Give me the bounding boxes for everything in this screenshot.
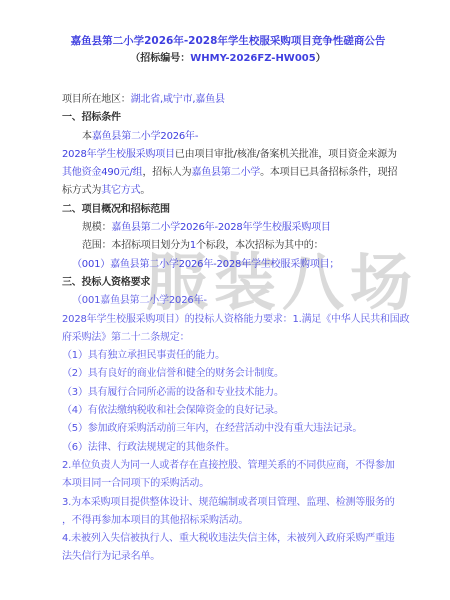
location-line: 项目所在地区：湖北省,咸宁市,嘉鱼县 (62, 91, 394, 109)
lot-line: （001）嘉鱼县第二小学2026年-2028年学生校服采购项目； (62, 256, 394, 274)
text-run: 嘉鱼县第二小学 (191, 167, 260, 178)
text-run: 已由项目审批/核准/备案机关批准，项目资金来源为 (175, 149, 397, 160)
text-run: 。 (140, 185, 150, 196)
requirement-item: （6）法律、行政法规规定的其他条件。 (62, 439, 394, 457)
text-run: WHMY-2026FZ-HW005 (190, 53, 315, 64)
para-line: 标方式为其它方式。 (62, 182, 394, 200)
para-line: 2028年学生校服采购项目）的投标人资格能力要求：1.满足《中华人民共和国政 (62, 311, 394, 329)
requirement-item: ，不得再参加本项目的其他招标采购活动。 (62, 512, 394, 530)
text-run: 其它方式 (101, 185, 140, 196)
requirement-item: （3）具有履行合同所必需的设备和专业技术能力。 (62, 384, 394, 402)
text-run: 府采购法》第二十二条规定： (62, 332, 189, 343)
text-run: （001嘉鱼县第二小学2026年- (72, 295, 207, 306)
requirement-item: （4）有依法缴纳税收和社会保障资金的良好记录。 (62, 402, 394, 420)
text-run: 标方式为 (62, 185, 101, 196)
para-line: 规模：嘉鱼县第二小学2026年-2028年学生校服采购项目 (62, 219, 394, 237)
para-line: 2028年学生校服采购项目已由项目审批/核准/备案机关批准，项目资金来源为 (62, 146, 394, 164)
text-run: （6）法律、行政法规规定的其他条件。 (62, 442, 235, 453)
requirement-item: （2）具有良好的商业信誉和健全的财务会计制度。 (62, 365, 394, 383)
para-line: 府采购法》第二十二条规定： (62, 329, 394, 347)
requirement-item: 4.未被列入失信被执行人、重大税收违法失信主体，未被列入政府采购严重违 (62, 530, 394, 548)
text-run: 2028年学生校服采购项目）的投标人资格能力要求：1.满足《中华人民共和国政 (62, 314, 409, 325)
text-run: 3.为本采购项目提供整体设计、规范编制或者项目管理、监理、检测等服务的 (62, 497, 395, 508)
text-run: 2028年学生校服采购项目 (62, 149, 175, 160)
text-run: （4）有依法缴纳税收和社会保障资金的良好记录。 (62, 405, 284, 416)
text-run: （2）具有良好的商业信誉和健全的财务会计制度。 (62, 368, 284, 379)
text-run: 4.未被列入失信被执行人、重大税收违法失信主体，未被列入政府采购严重违 (62, 533, 395, 544)
text-run: 嘉鱼县第二小学2026年- (92, 131, 198, 142)
text-run: 本 (82, 131, 92, 142)
announcement-body: 项目所在地区：湖北省,咸宁市,嘉鱼县一、招标条件本嘉鱼县第二小学2026年-20… (62, 91, 394, 567)
text-run: 二、项目概况和招标范围 (62, 204, 170, 215)
text-run: ，招标人为 (142, 167, 191, 178)
tender-number-line: （招标编号：WHMY-2026FZ-HW005） (62, 50, 394, 67)
para-line: （001嘉鱼县第二小学2026年- (62, 292, 394, 310)
text-run: （1）具有独立承担民事责任的能力。 (62, 350, 225, 361)
text-run: 湖北省,咸宁市,嘉鱼县 (131, 94, 225, 105)
requirement-item: （5）参加政府采购活动前三年内，在经营活动中没有重大违法记录。 (62, 420, 394, 438)
text-run: 项目所在地区： (62, 94, 131, 105)
text-run: 。本项目已具备招标条件，现招 (260, 167, 397, 178)
text-run: 范围：本招标项目划分为 (82, 240, 190, 251)
text-run: 本项目同一合同项下的采购活动。 (62, 478, 209, 489)
text-run: （招标编号： (130, 53, 190, 64)
text-run: 规模： (82, 222, 111, 233)
text-run: 其他资金490元/组 (62, 167, 142, 178)
requirement-item: （1）具有独立承担民事责任的能力。 (62, 347, 394, 365)
text-run: （001）嘉鱼县第二小学2026年-2028年学生校服采购项目； (72, 259, 339, 270)
text-run: 嘉鱼县第二小学2026年-2028年学生校服采购项目 (111, 222, 330, 233)
para-line: 其他资金490元/组，招标人为嘉鱼县第二小学。本项目已具备招标条件，现招 (62, 164, 394, 182)
text-run: 2.单位负责人为同一人或者存在直接控股、管理关系的不同供应商，不得参加 (62, 460, 395, 471)
para-line: 范围：本招标项目划分为1个标段，本次招标为其中的： (62, 237, 394, 255)
text-run: ） (316, 53, 326, 64)
text-run: 三、投标人资格要求 (62, 277, 150, 288)
requirement-item: 法失信行为记录名单。 (62, 548, 394, 566)
requirement-item: 本项目同一合同项下的采购活动。 (62, 475, 394, 493)
text-run: 法失信行为记录名单。 (62, 551, 160, 562)
requirement-item: 2.单位负责人为同一人或者存在直接控股、管理关系的不同供应商，不得参加 (62, 457, 394, 475)
requirement-item: 3.为本采购项目提供整体设计、规范编制或者项目管理、监理、检测等服务的 (62, 494, 394, 512)
para-line: 本嘉鱼县第二小学2026年- (62, 128, 394, 146)
document-page: 服装八场 嘉鱼县第二小学2026年-2028年学生校服采购项目竞争性磋商公告 （… (0, 0, 450, 600)
section-heading-2: 二、项目概况和招标范围 (62, 201, 394, 219)
section-heading-1: 一、招标条件 (62, 109, 394, 127)
section-heading-3: 三、投标人资格要求 (62, 274, 394, 292)
text-run: ，不得再参加本项目的其他招标采购活动。 (62, 515, 248, 526)
text-run: 一、招标条件 (62, 112, 121, 123)
text-run: 个标段，本次招标为其中的： (196, 240, 323, 251)
announcement-content: 嘉鱼县第二小学2026年-2028年学生校服采购项目竞争性磋商公告 （招标编号：… (62, 33, 394, 567)
announcement-title: 嘉鱼县第二小学2026年-2028年学生校服采购项目竞争性磋商公告 (62, 33, 394, 50)
text-run: （5）参加政府采购活动前三年内，在经营活动中没有重大违法记录。 (62, 423, 362, 434)
text-run: （3）具有履行合同所必需的设备和专业技术能力。 (62, 387, 284, 398)
